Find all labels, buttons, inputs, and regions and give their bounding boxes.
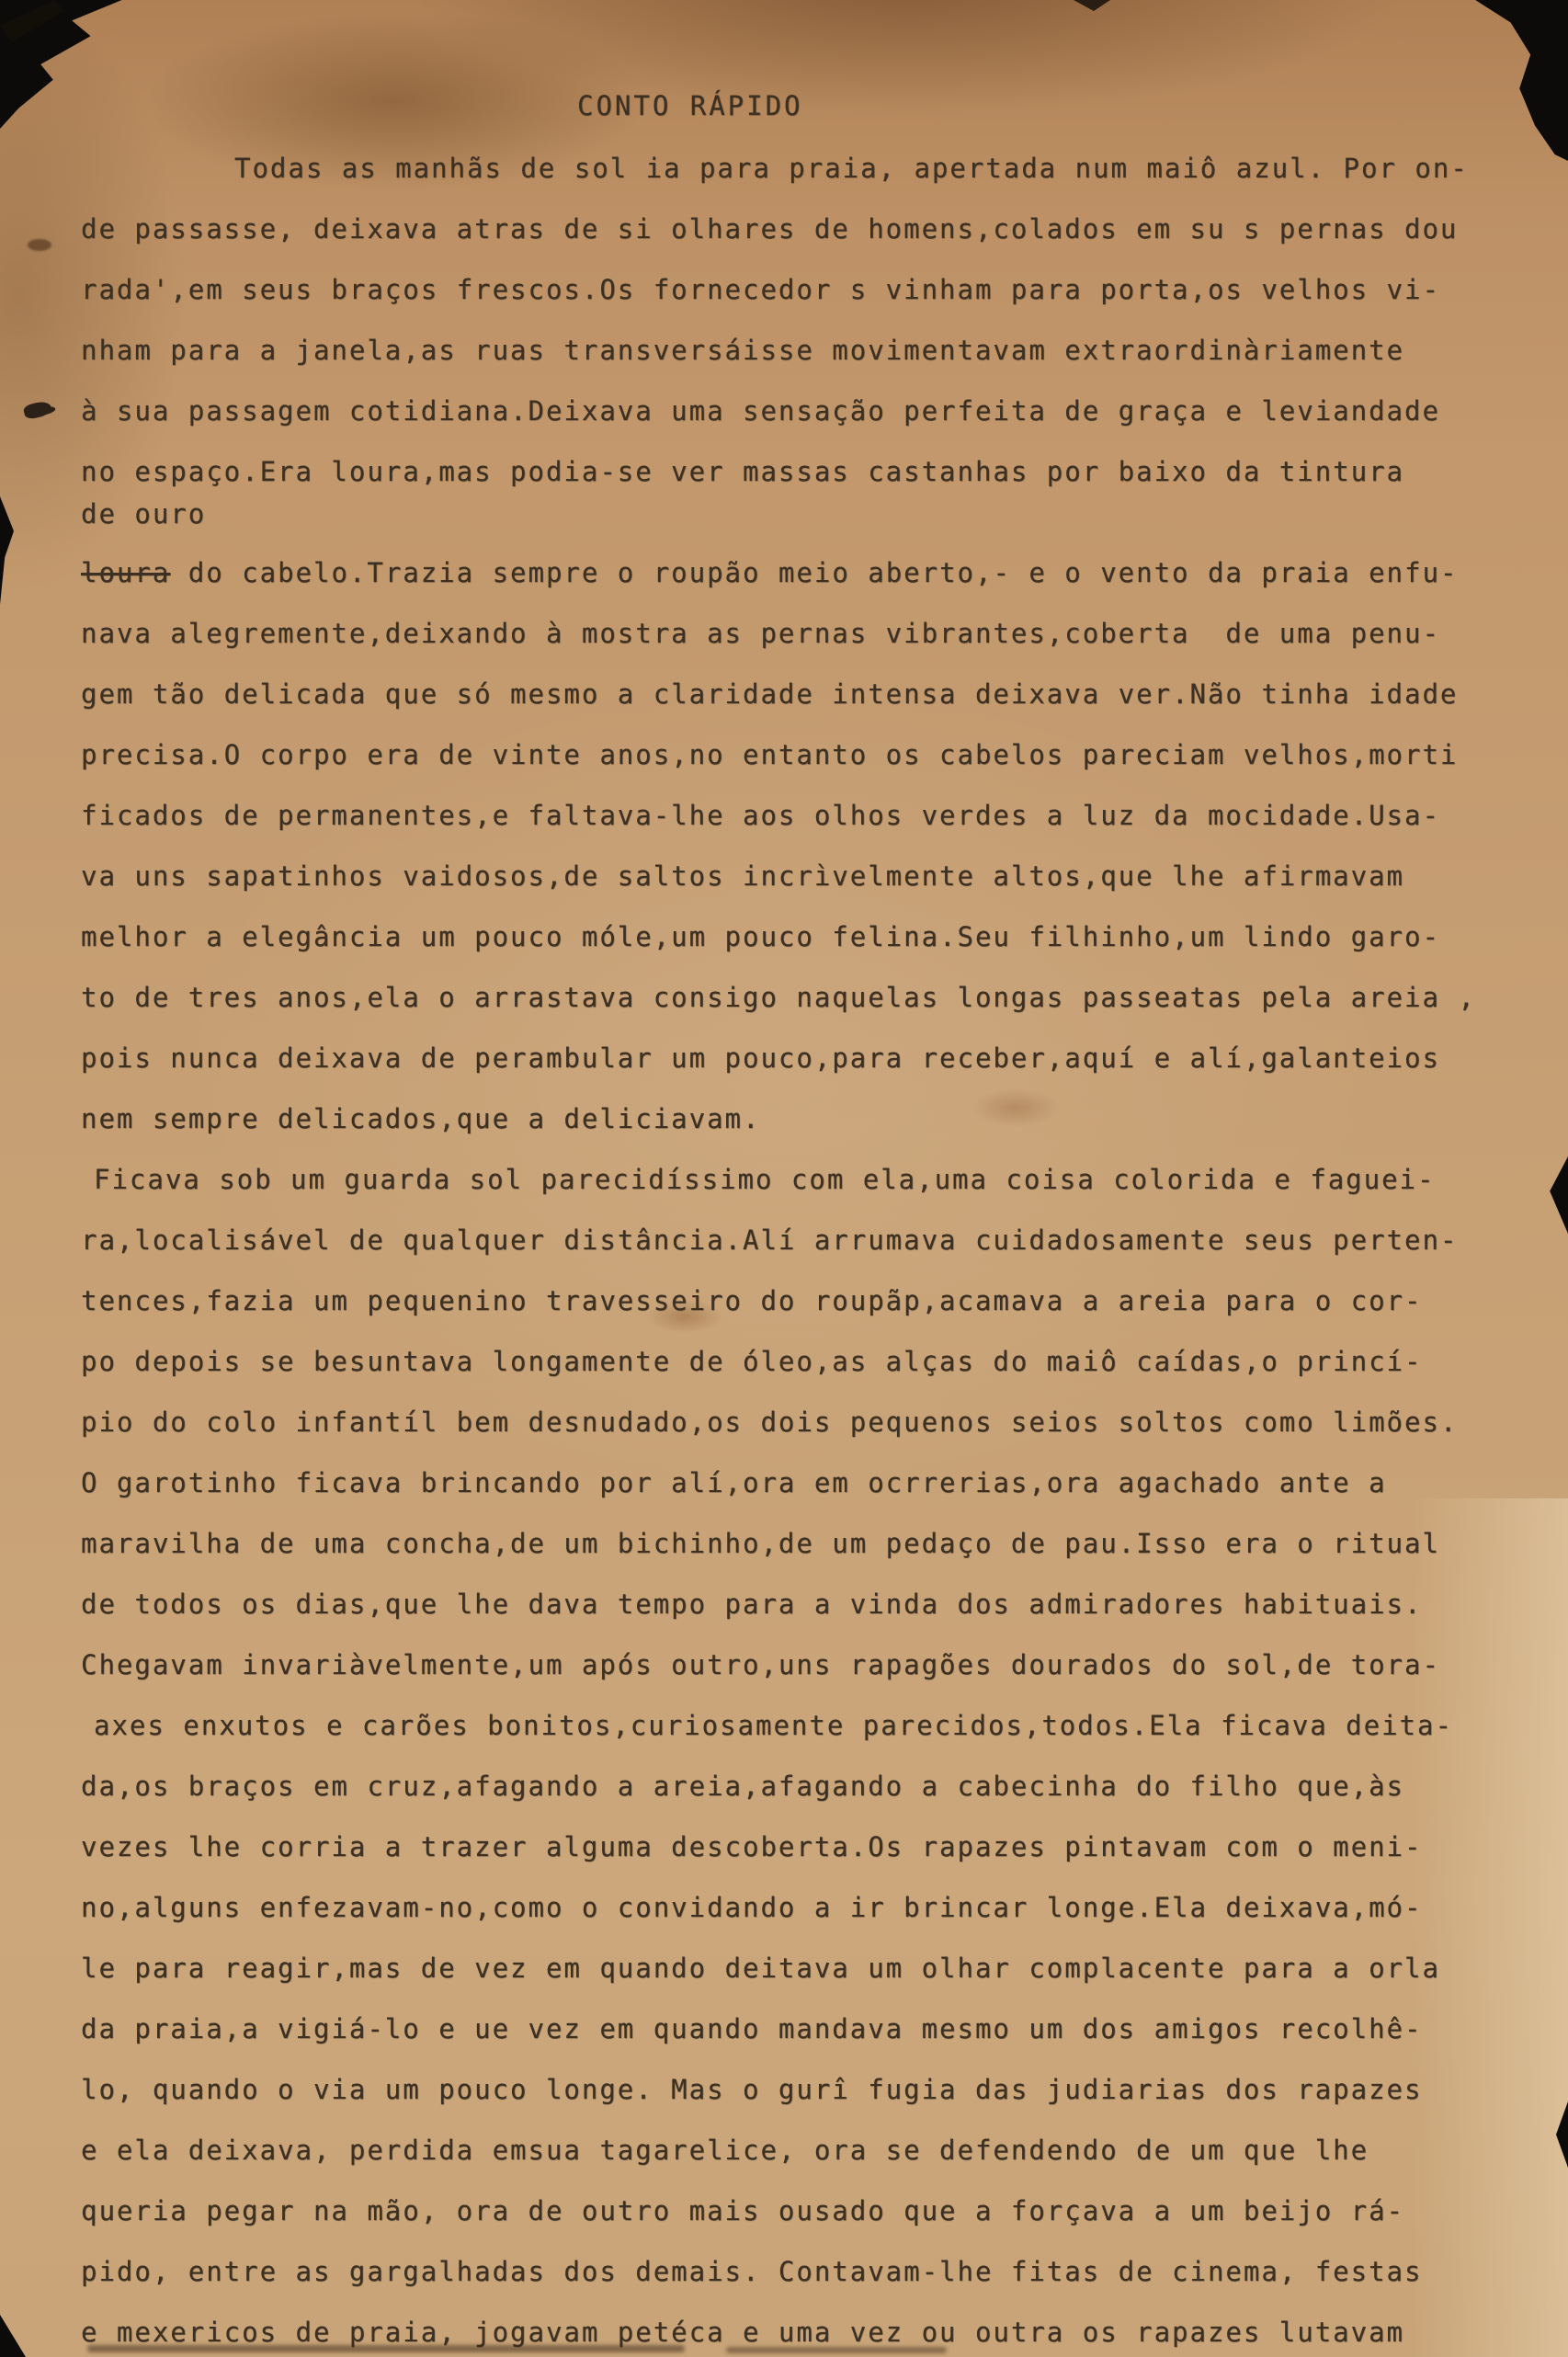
text-line: Ficava sob um guarda sol parecidíssimo c… bbox=[81, 1149, 1542, 1210]
text-line: precisa.O corpo era de vinte anos,no ent… bbox=[81, 724, 1542, 785]
text-line: ra,localisável de qualquer distância.Alí… bbox=[81, 1210, 1542, 1270]
text-line: loura do cabelo.Trazia sempre o roupão m… bbox=[81, 542, 1542, 603]
text-line: no,alguns enfezavam-no,como o convidando… bbox=[81, 1877, 1542, 1938]
text-line: da,os braços em cruz,afagando a areia,af… bbox=[81, 1756, 1542, 1816]
text-line: O garotinho ficava brincando por alí,ora… bbox=[81, 1452, 1542, 1513]
text-line: no espaço.Era loura,mas podia-se ver mas… bbox=[81, 441, 1542, 502]
text-line: gem tão delicada que só mesmo a claridad… bbox=[81, 664, 1542, 724]
text-line: pido, entre as gargalhadas dos demais. C… bbox=[81, 2241, 1542, 2302]
text-line: nham para a janela,as ruas transversáiss… bbox=[81, 320, 1542, 381]
text-line: nava alegremente,deixando à mostra as pe… bbox=[81, 603, 1542, 664]
text-line: Todas as manhãs de sol ia para praia, ap… bbox=[81, 138, 1542, 199]
text-lines: Todas as manhãs de sol ia para praia, ap… bbox=[81, 138, 1542, 2357]
text-line: Chegavam invariàvelmente,um após outro,u… bbox=[81, 1634, 1542, 1695]
text-line: va uns sapatinhos vaidosos,de saltos inc… bbox=[81, 846, 1542, 906]
text-line: vezes lhe corria a trazer alguma descobe… bbox=[81, 1816, 1542, 1877]
text-line: pio do colo infantíl bem desnudado,os do… bbox=[81, 1392, 1542, 1452]
text-line: rada',em seus braços frescos.Os forneced… bbox=[81, 259, 1542, 320]
text-line: le para reagir,mas de vez em quando deit… bbox=[81, 1938, 1542, 1998]
text-line: de todos os dias,que lhe dava tempo para… bbox=[81, 1574, 1542, 1634]
text-line: da praia,a vigiá-lo e ue vez em quando m… bbox=[81, 1998, 1542, 2059]
text-line: de ouro bbox=[81, 502, 1542, 542]
page-title: CONTO RÁPIDO bbox=[577, 90, 803, 121]
text-line: tences,fazia um pequenino travesseiro do… bbox=[81, 1270, 1542, 1331]
text-line: queria pegar na mão, ora de outro mais o… bbox=[81, 2181, 1542, 2241]
text-line: melhor a elegância um pouco móle,um pouc… bbox=[81, 906, 1542, 967]
text-line: de passasse, deixava atras de si olhares… bbox=[81, 199, 1542, 259]
typewritten-page: CONTO RÁPIDO Todas as manhãs de sol ia p… bbox=[0, 0, 1568, 2357]
cutoff-bottom-line-2 bbox=[726, 2347, 947, 2353]
text-line: nem sempre delicados,que a deliciavam. bbox=[81, 1088, 1542, 1149]
text-line: e ela deixava, perdida emsua tagarelice,… bbox=[81, 2120, 1542, 2181]
text-line: to de tres anos,ela o arrastava consigo … bbox=[81, 967, 1542, 1028]
text-line: ficados de permanentes,e faltava-lhe aos… bbox=[81, 785, 1542, 846]
text-line: pois nunca deixava de perambular um pouc… bbox=[81, 1028, 1542, 1088]
text-line: à sua passagem cotidiana.Deixava uma sen… bbox=[81, 381, 1542, 441]
text-line: maravilha de uma concha,de um bichinho,d… bbox=[81, 1513, 1542, 1574]
text-line: axes enxutos e carões bonitos,curiosamen… bbox=[81, 1695, 1542, 1756]
text-line: po depois se besuntava longamente de óle… bbox=[81, 1331, 1542, 1392]
text-line: lo, quando o via um pouco longe. Mas o g… bbox=[81, 2059, 1542, 2120]
ink-smudge bbox=[28, 239, 51, 251]
cutoff-bottom-line bbox=[87, 2345, 685, 2352]
